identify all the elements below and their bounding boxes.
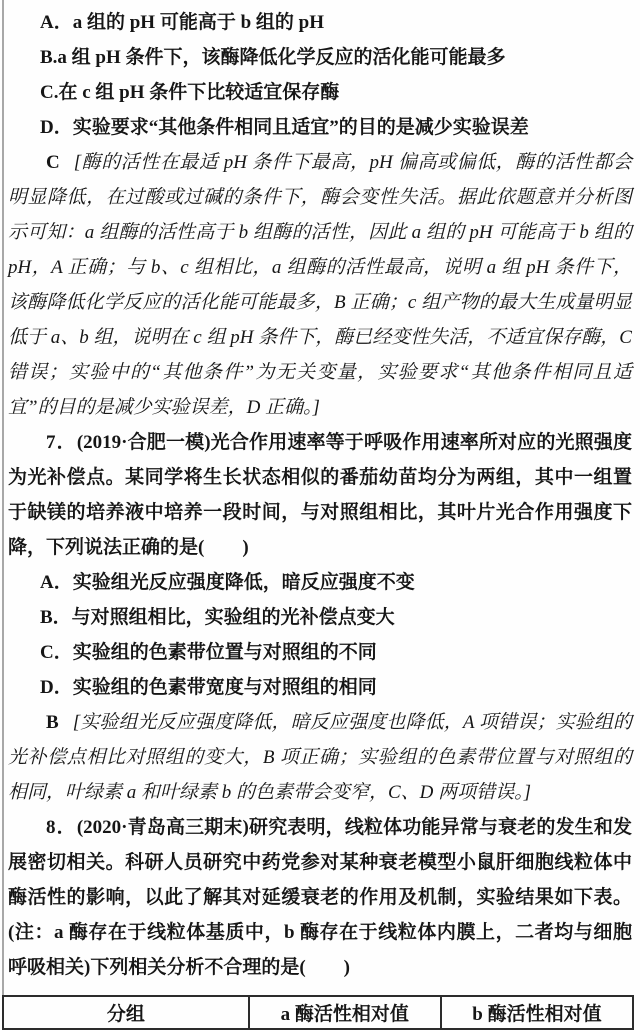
q7-option-b: B．与对照组相比，实验组的光补偿点变大 [8, 600, 632, 635]
question-8-stem: 8．(2020·青岛高三期末)研究表明，线粒体功能异常与衰老的发生和发展密切相关… [8, 810, 632, 985]
q6-answer-paragraph: C[酶的活性在最适 pH 条件下最高，pH 偏高或偏低，酶的活性都会明显降低，在… [8, 145, 632, 425]
results-table: 分组 a 酶活性相对值 b 酶活性相对值 [2, 995, 634, 1030]
q6-answer-letter: C [46, 152, 60, 173]
q7-number: 7． [46, 432, 77, 453]
q6-answer-text: [酶的活性在最适 pH 条件下最高，pH 偏高或偏低，酶的活性都会明显降低，在过… [8, 152, 632, 418]
q6-option-c: C.在 c 组 pH 条件下比较适宜保存酶 [8, 75, 632, 110]
q6-option-b: B.a 组 pH 条件下，该酶降低化学反应的活化能可能最多 [8, 40, 632, 75]
q7-answer-text: [实验组光反应强度降低，暗反应强度也降低，A 项错误；实验组的光补偿点相比对照组… [8, 712, 632, 803]
table-header-enzyme-a: a 酶活性相对值 [249, 996, 441, 1029]
q8-number: 8． [46, 817, 77, 838]
question-7-stem: 7．(2019·合肥一模)光合作用速率等于呼吸作用速率所对应的光照强度为光补偿点… [8, 425, 632, 565]
q8-stem-text: 研究表明，线粒体功能异常与衰老的发生和发展密切相关。科研人员研究中药党参对某种衰… [8, 817, 632, 978]
q7-source: (2019·合肥一模) [77, 432, 211, 453]
table-header-group: 分组 [3, 996, 249, 1029]
q6-options: A．a 组的 pH 可能高于 b 组的 pH B.a 组 pH 条件下，该酶降低… [8, 5, 632, 145]
q8-source: (2020·青岛高三期末) [77, 817, 249, 838]
q6-option-a: A．a 组的 pH 可能高于 b 组的 pH [8, 5, 632, 40]
table-header-enzyme-b: b 酶活性相对值 [441, 996, 633, 1029]
results-table-header-row: 分组 a 酶活性相对值 b 酶活性相对值 [3, 996, 633, 1029]
q7-option-a: A．实验组光反应强度降低，暗反应强度不变 [8, 565, 632, 600]
page-edge-line [2, 0, 4, 1030]
q7-answer-paragraph: B[实验组光反应强度降低，暗反应强度也降低，A 项错误；实验组的光补偿点相比对照… [8, 705, 632, 810]
q7-option-c: C．实验组的色素带位置与对照组的不同 [8, 635, 632, 670]
q7-options: A．实验组光反应强度降低，暗反应强度不变 B．与对照组相比，实验组的光补偿点变大… [8, 565, 632, 705]
document-content: A．a 组的 pH 可能高于 b 组的 pH B.a 组 pH 条件下，该酶降低… [8, 5, 632, 1030]
q7-option-d: D．实验组的色素带宽度与对照组的相同 [8, 670, 632, 705]
q7-answer-letter: B [46, 712, 59, 733]
document-page: A．a 组的 pH 可能高于 b 组的 pH B.a 组 pH 条件下，该酶降低… [0, 0, 640, 1030]
q6-option-d: D．实验要求“其他条件相同且适宜”的目的是减少实验误差 [8, 110, 632, 145]
